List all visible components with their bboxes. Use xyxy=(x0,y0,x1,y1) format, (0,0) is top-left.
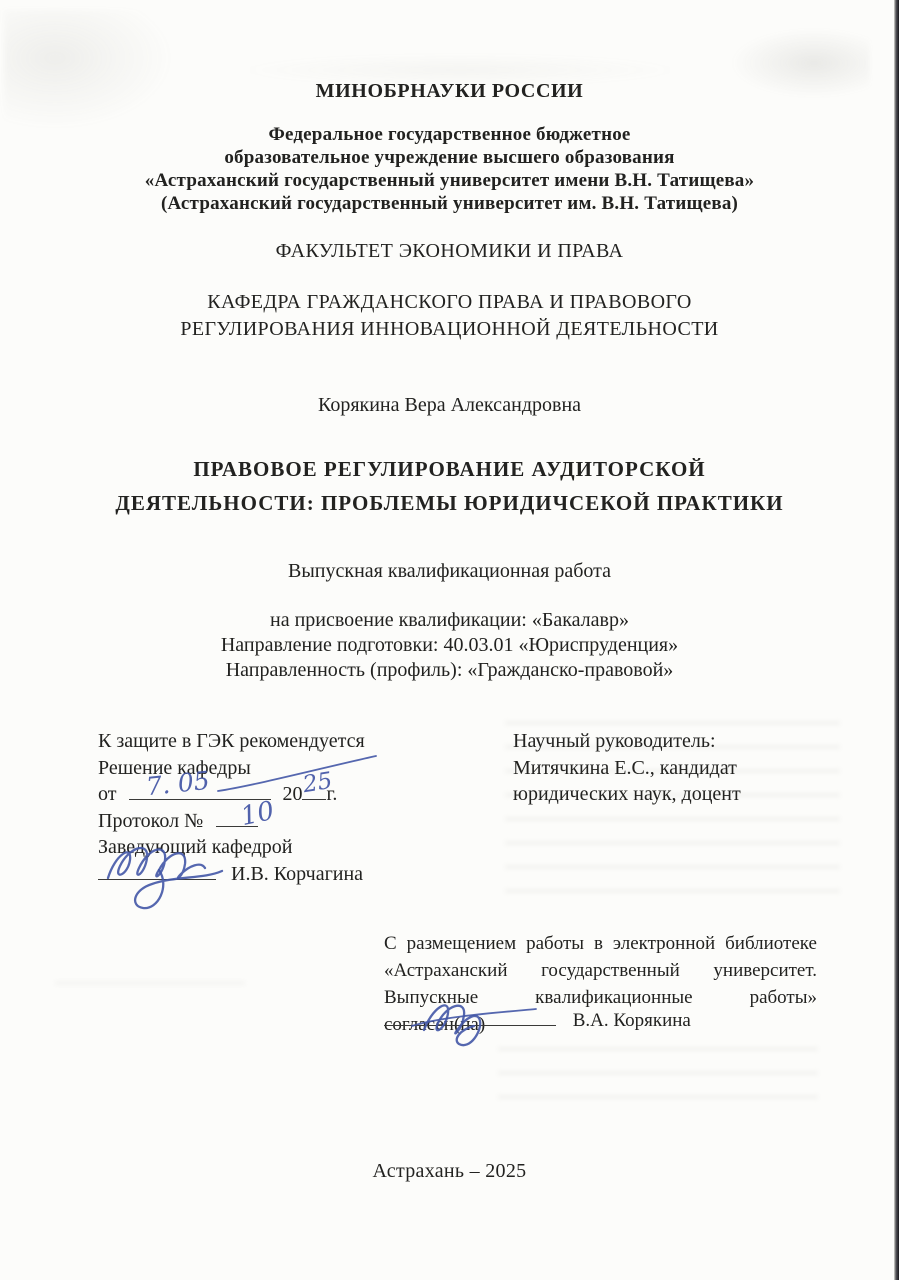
institution-line: «Астраханский государственный университе… xyxy=(0,169,899,192)
scanned-title-page: МИНОБРНАУКИ РОССИИ Федеральное государст… xyxy=(0,0,899,1280)
ministry-heading: МИНОБРНАУКИ РОССИИ xyxy=(0,80,899,103)
institution-line: Федеральное государственное бюджетное xyxy=(0,123,899,146)
author-signature xyxy=(408,986,548,1050)
work-type: Выпускная квалификационная работа xyxy=(0,560,899,583)
institution-block: Федеральное государственное бюджетное об… xyxy=(0,123,899,215)
author-name: Корякина Вера Александровна xyxy=(0,394,899,417)
institution-line: (Астраханский государственный университе… xyxy=(0,192,899,215)
supervisor-degree: юридических наук, доцент xyxy=(513,781,843,808)
profile-line: Направленность (профиль): «Гражданско-пр… xyxy=(0,658,899,683)
institution-line: образовательное учреждение высшего образ… xyxy=(0,146,899,169)
bleed-through-artifact xyxy=(498,1038,818,1118)
consent-name: В.А. Корякина xyxy=(573,1010,691,1031)
supervisor-name: Митячкина Е.С., кандидат xyxy=(513,755,843,782)
city-year: Астрахань – 2025 xyxy=(0,1160,899,1183)
head-signature xyxy=(102,824,262,916)
thesis-title: ПРАВОВОЕ РЕГУЛИРОВАНИЕ АУДИТОРСКОЙ ДЕЯТЕ… xyxy=(0,452,899,520)
scan-artifact-top-left xyxy=(4,10,174,130)
direction-line: Направление подготовки: 40.03.01 «Юриспр… xyxy=(0,633,899,658)
bleed-through-artifact xyxy=(55,972,245,998)
supervisor-block: Научный руководитель: Митячкина Е.С., ка… xyxy=(513,728,843,808)
qualification-block: на присвоение квалификации: «Бакалавр» Н… xyxy=(0,608,899,683)
qualification-line: на присвоение квалификации: «Бакалавр» xyxy=(0,608,899,633)
pen-flourish xyxy=(212,750,382,795)
department-name: КАФЕДРА ГРАЖДАНСКОГО ПРАВА И ПРАВОВОГО Р… xyxy=(0,289,899,343)
supervisor-label: Научный руководитель: xyxy=(513,728,843,755)
faculty-name: ФАКУЛЬТЕТ ЭКОНОМИКИ И ПРАВА xyxy=(0,240,899,263)
